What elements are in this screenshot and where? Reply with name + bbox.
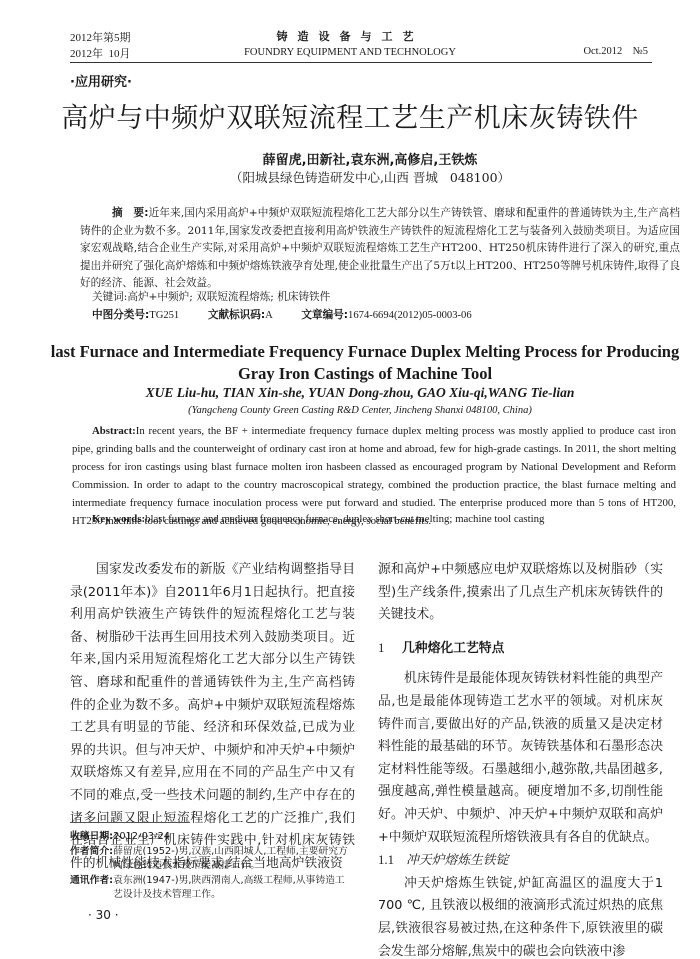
keywords-cn-text: 高炉+中频炉; 双联短流程熔炼; 机床铸铁件 — [127, 291, 330, 303]
abstract-en-text: In recent years, the BF + intermediate f… — [72, 425, 676, 527]
keywords-en-text: blast furnace and medium frequency furna… — [145, 513, 544, 525]
abstract-cn: 摘 要:近年来,国内采用高炉+中频炉双联短流程熔化工艺大部分以生产铸铁管、磨球和… — [80, 205, 680, 293]
section-1-1-title: 冲天炉熔炼生铁锭 — [406, 853, 508, 868]
abstract-en-label: Abstract: — [92, 425, 136, 437]
header-issue-en: Oct.2012 №5 — [583, 46, 648, 57]
body-paragraph-intro: 国家发改委发布的新版《产业结构调整指导目录(2011年本)》自2011年6月1日… — [70, 559, 355, 875]
authors-cn: 薛留虎,田新社,袁东洲,高修启,王铁炼 — [0, 149, 700, 168]
journal-name-cn: 铸造设备与工艺 — [200, 29, 500, 45]
footnotes: 收稿日期:2012-03-24 作者简介:薛留虎(1952-)男,汉族,山西阳城… — [70, 830, 350, 903]
header-journal: 铸造设备与工艺 FOUNDRY EQUIPMENT AND TECHNOLOGY — [200, 29, 500, 61]
keywords-cn-label: 关键词: — [92, 291, 127, 303]
section-1-title: 几种熔化工艺特点 — [402, 641, 504, 656]
corresponding-label: 通讯作者: — [70, 874, 113, 903]
received-value: 2012-03-24 — [113, 830, 170, 845]
section-heading-1: 1几种熔化工艺特点 — [378, 637, 663, 661]
clc-label: 中图分类号: — [92, 309, 149, 321]
body-column-left: 国家发改委发布的新版《产业结构调整指导目录(2011年本)》自2011年6月1日… — [70, 559, 355, 875]
header-issue-info: 2012年第5期 2012年 10月 — [70, 30, 131, 62]
journal-name-en: FOUNDRY EQUIPMENT AND TECHNOLOGY — [200, 45, 500, 61]
section-1-1-number: 1.1 — [378, 849, 406, 872]
abstract-cn-text: 近年来,国内采用高炉+中频炉双联短流程熔化工艺大部分以生产铸铁管、磨球和配重件的… — [80, 207, 680, 289]
page-number: · 30 · — [88, 908, 119, 922]
header-issue-cn: 2012年第5期 — [70, 30, 131, 46]
footnote-rule — [70, 822, 190, 823]
authors-en: XUE Liu-hu, TIAN Xin-she, YUAN Dong-zhou… — [0, 385, 700, 401]
section-1-paragraph: 机床铸件是最能体现灰铸铁材料性能的典型产品,也是最能体现铸造工艺水平的领域。对机… — [378, 668, 663, 849]
header-month-cn: 2012年 10月 — [70, 46, 131, 62]
keywords-en: Key words:blast furnace and medium frequ… — [92, 513, 544, 525]
classification-line: 中图分类号:TG251 文献标识码:A 文章编号:1674-6694(2012)… — [92, 307, 472, 322]
body-column-right: 源和高炉+中频感应电炉双联熔炼以及树脂砂（实型)生产线条件,摸索出了几点生产机床… — [378, 559, 663, 959]
section-1-1-paragraph: 冲天炉熔炼生铁锭,炉缸高温区的温度大于1 700 ℃, 且铁液以极细的液滴形式流… — [378, 873, 663, 959]
footnote-author-bio: 作者简介:薛留虎(1952-)男,汉族,山西阳城人,工程师,主要研究方向绿色铸造… — [70, 845, 350, 874]
article-no-label: 文章编号: — [301, 309, 348, 321]
abstract-cn-label: 摘 要: — [112, 207, 148, 219]
section-heading-1-1: 1.1冲天炉熔炼生铁锭 — [378, 849, 663, 873]
section-1-number: 1 — [378, 637, 402, 660]
article-title-cn: 高炉与中频炉双联短流程工艺生产机床灰铸铁件 — [0, 96, 700, 135]
footnote-received: 收稿日期:2012-03-24 — [70, 830, 350, 845]
affiliation-cn: （阳城县绿色铸造研发中心,山西 晋城 048100） — [0, 168, 700, 186]
author-bio-label: 作者简介: — [70, 845, 113, 874]
keywords-en-label: Key words: — [92, 513, 145, 525]
clc-value: TG251 — [149, 310, 179, 321]
affiliation-en: (Yangcheng County Green Casting R&D Cent… — [0, 405, 700, 416]
footnote-corresponding: 通讯作者:袁东洲(1947-)男,陕西渭南人,高级工程师,从事铸造工艺设计及技术… — [70, 874, 350, 903]
body-paragraph-intro-cont: 源和高炉+中频感应电炉双联熔炼以及树脂砂（实型)生产线条件,摸索出了几点生产机床… — [378, 559, 663, 627]
doc-code-value: A — [265, 310, 273, 321]
corresponding-value: 袁东洲(1947-)男,陕西渭南人,高级工程师,从事铸造工艺设计及技术管理工作。 — [113, 874, 350, 903]
author-bio-value: 薛留虎(1952-)男,汉族,山西阳城人,工程师,主要研究方向绿色铸造技术及节能… — [113, 845, 350, 874]
keywords-cn: 关键词:高炉+中频炉; 双联短流程熔炼; 机床铸铁件 — [92, 289, 330, 304]
header-rule — [70, 62, 652, 63]
doc-code-label: 文献标识码: — [208, 309, 265, 321]
section-tag: ·应用研究· — [70, 71, 132, 90]
article-title-en: last Furnace and Intermediate Frequency … — [40, 341, 690, 385]
received-label: 收稿日期: — [70, 830, 113, 845]
article-no-value: 1674-6694(2012)05-0003-06 — [348, 310, 472, 321]
